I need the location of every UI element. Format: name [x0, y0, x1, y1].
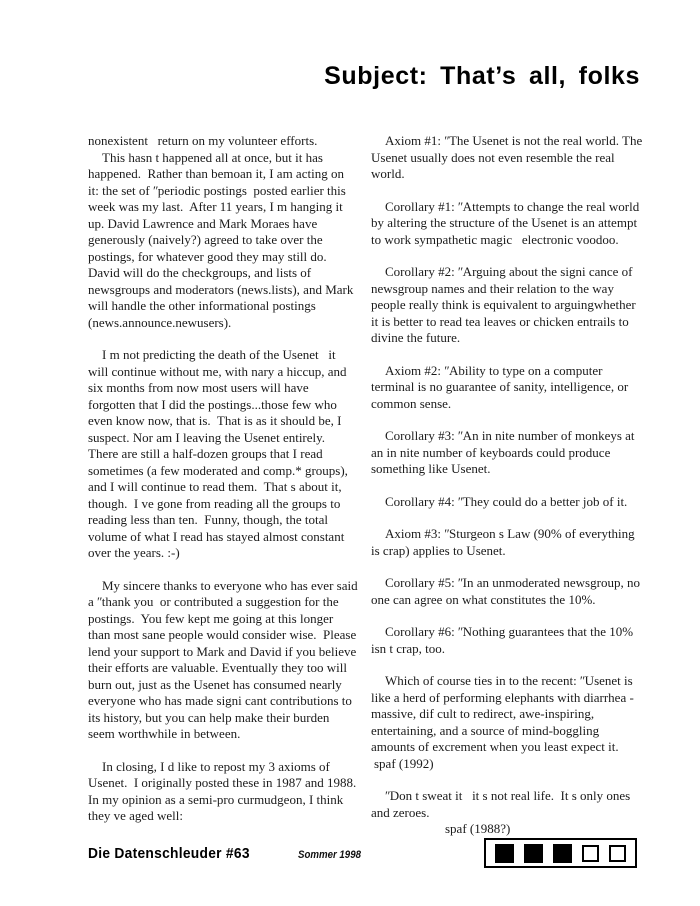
paragraph: nonexistent return on my volunteer effor… [88, 133, 358, 150]
right-column: Axiom #1: ʺThe Usenet is not the real wo… [371, 133, 645, 838]
left-column: nonexistent return on my volunteer effor… [88, 133, 358, 838]
footer-issue-label: Die Datenschleuder #63 [88, 845, 250, 862]
paragraph: I m not predicting the death of the Usen… [88, 347, 358, 562]
marker-square [524, 844, 543, 863]
paragraph: This hasn t happened all at once, but it… [88, 150, 358, 332]
paragraph: spaf (1988?) [371, 821, 645, 838]
marker-square [553, 844, 572, 863]
article-body: nonexistent return on my volunteer effor… [88, 133, 645, 838]
paragraph: Corollary #3: ʺAn in nite number of monk… [371, 428, 645, 478]
marker-square [609, 845, 626, 862]
paragraph: My sincere thanks to everyone who has ev… [88, 578, 358, 743]
paragraph: Corollary #1: ʺAttempts to change the re… [371, 199, 645, 249]
issue-marker-box [484, 838, 637, 868]
paragraph: ʺDon t sweat it it s not real life. It s… [371, 788, 645, 821]
paragraph: Axiom #3: ʺSturgeon s Law (90% of everyt… [371, 526, 645, 559]
marker-square [495, 844, 514, 863]
page-title: Subject: That’s all, folks [0, 62, 640, 91]
paragraph: spaf (1992) [371, 756, 645, 773]
paragraph: Corollary #4: ʺThey could do a better jo… [371, 494, 645, 511]
marker-square [582, 845, 599, 862]
document-page: Subject: That’s all, folks nonexistent r… [0, 0, 700, 906]
paragraph: Corollary #2: ʺArguing about the signi c… [371, 264, 645, 347]
paragraph: Corollary #6: ʺNothing guarantees that t… [371, 624, 645, 657]
footer-season-label: Sommer 1998 [298, 849, 361, 861]
paragraph: In closing, I d like to repost my 3 axio… [88, 759, 358, 825]
paragraph: Axiom #1: ʺThe Usenet is not the real wo… [371, 133, 645, 183]
paragraph: Which of course ties in to the recent: ʺ… [371, 673, 645, 756]
paragraph: Axiom #2: ʺAbility to type on a computer… [371, 363, 645, 413]
paragraph: Corollary #5: ʺIn an unmoderated newsgro… [371, 575, 645, 608]
